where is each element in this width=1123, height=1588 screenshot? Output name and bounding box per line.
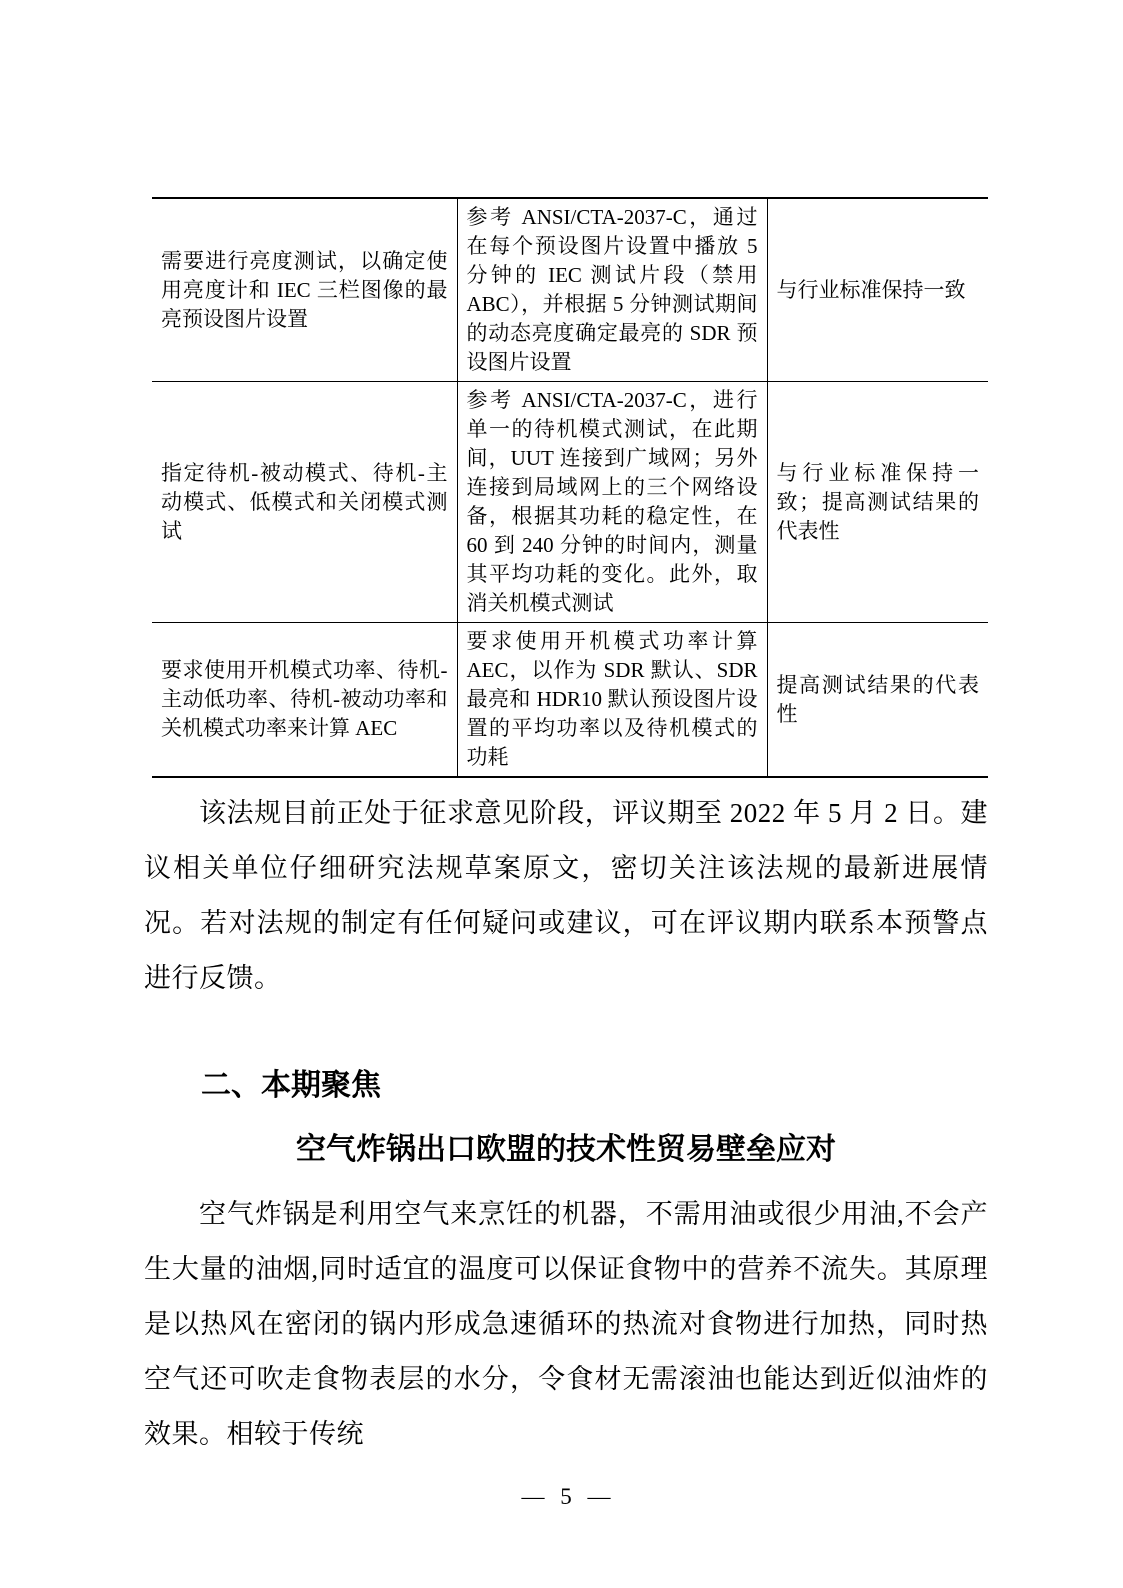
remark-cell: 提高测试结果的代表性 xyxy=(767,623,988,778)
method-cell: 参考 ANSI/CTA-2037-C，进行单一的待机模式测试，在此期间，UUT … xyxy=(457,382,767,623)
table-row: 指定待机-被动模式、待机-主动模式、低模式和关闭模式测试 参考 ANSI/CTA… xyxy=(152,382,988,623)
document-page: 需要进行亮度测试，以确定使用亮度计和 IEC 三栏图像的最亮预设图片设置 参考 … xyxy=(0,0,1123,1588)
paragraph-regulation-status: 该法规目前正处于征求意见阶段，评议期至 2022 年 5 月 2 日。建议相关单… xyxy=(144,786,988,1006)
table-row: 需要进行亮度测试，以确定使用亮度计和 IEC 三栏图像的最亮预设图片设置 参考 … xyxy=(152,198,988,382)
requirement-cell: 需要进行亮度测试，以确定使用亮度计和 IEC 三栏图像的最亮预设图片设置 xyxy=(152,198,457,382)
page-content: 需要进行亮度测试，以确定使用亮度计和 IEC 三栏图像的最亮预设图片设置 参考 … xyxy=(144,0,988,1510)
remark-cell: 与行业标准保持一致；提高测试结果的代表性 xyxy=(767,382,988,623)
section-heading: 二、本期聚焦 xyxy=(201,1064,988,1108)
method-cell: 要求使用开机模式功率计算 AEC，以作为 SDR 默认、SDR 最亮和 HDR1… xyxy=(457,623,767,778)
remark-cell: 与行业标准保持一致 xyxy=(767,198,988,382)
paragraph-air-fryer-intro: 空气炸锅是利用空气来烹饪的机器，不需用油或很少用油,不会产生大量的油烟,同时适宜… xyxy=(144,1187,988,1462)
requirement-cell: 要求使用开机模式功率、待机-主动低功率、待机-被动功率和关机模式功率来计算 AE… xyxy=(152,623,457,778)
focus-title: 空气炸锅出口欧盟的技术性贸易壁垒应对 xyxy=(144,1128,988,1172)
table-row: 要求使用开机模式功率、待机-主动低功率、待机-被动功率和关机模式功率来计算 AE… xyxy=(152,623,988,778)
requirement-cell: 指定待机-被动模式、待机-主动模式、低模式和关闭模式测试 xyxy=(152,382,457,623)
page-number: — 5 — xyxy=(144,1484,988,1510)
requirements-comparison-table: 需要进行亮度测试，以确定使用亮度计和 IEC 三栏图像的最亮预设图片设置 参考 … xyxy=(152,197,988,778)
method-cell: 参考 ANSI/CTA-2037-C，通过在每个预设图片设置中播放 5 分钟的 … xyxy=(457,198,767,382)
